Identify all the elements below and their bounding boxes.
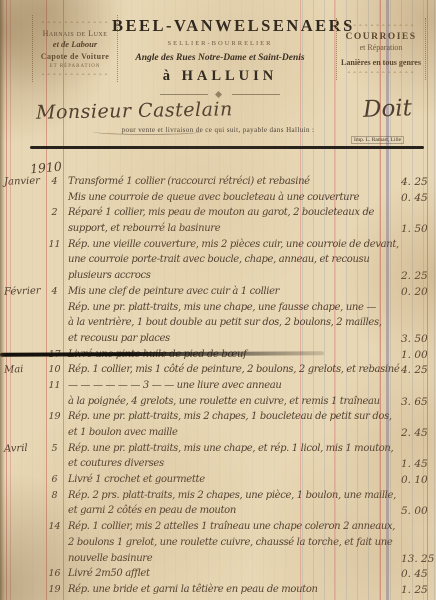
description-cell: et garni 2 côtés en peau de mouton [68,505,236,516]
month-cell: Mai [4,364,46,376]
price-cell: 2. 45 [401,427,428,439]
ledger-row: support, et rebourré la basinure1. 50 [0,223,436,239]
description-cell: Rép. 2 prs. platt-traits, mis 2 chapes, … [68,490,396,501]
price-cell: 5. 00 [401,505,428,517]
price-cell: 1. 00 [401,349,428,361]
price-cell: 1. 25 [401,584,428,596]
description-cell: Rép. une pr. platt-traits, mis une chape… [68,443,393,454]
price-cell: 1. 50 [401,223,428,235]
day-cell: 5 [46,443,63,454]
company-name: BEEL-VANWELSENAERS [112,16,328,36]
letterhead-center: BEEL-VANWELSENAERS SELLIER-BOURRELIER An… [112,16,328,97]
ledger-row: 2Réparé 1 collier, mis peau de mouton au… [0,207,436,223]
price-cell: 1. 45 [401,458,428,470]
description-cell: Livré 1 crochet et gourmette [68,474,205,485]
ledger-row: 19Rép. une bride et garni la têtière en … [0,584,436,600]
price-cell: 4. 25 [401,176,428,188]
price-cell: 0. 45 [401,192,428,204]
ledger-row: plusieurs accrocs2. 25 [0,270,436,286]
day-cell: 2 [46,207,63,218]
ledger-row: 19Rép. une pr. platt-traits, mis 2 chape… [0,411,436,427]
letterhead-left-box: Harnais de Luxe et de Labour Capote de V… [32,15,118,82]
description-cell: Réparé 1 collier, mis peau de mouton au … [68,207,374,218]
ledger-row: Janvier4Transformé 1 collier (raccourci … [0,176,436,192]
ledger-row: nouvelle basinure13. 25 [0,553,436,569]
price-cell: 0. 10 [401,474,428,486]
ledger-row: 16Livré 2m50 afflet0. 45 [0,568,436,584]
price-cell: 13. 25 [401,553,434,565]
header-flourish [160,92,280,97]
company-city: à HALLUIN [112,68,328,85]
ledger-row: Rép. une pr. platt-traits, mis une chape… [0,302,436,318]
price-cell: 4. 25 [401,364,428,376]
description-cell: Mis une clef de peinture avec cuir à 1 c… [68,286,279,297]
ledger-row: Mai10Rép. 1 collier, mis 1 côté de peint… [0,364,436,380]
company-trade: SELLIER-BOURRELIER [112,40,328,47]
description-cell: Mis une courroie de queue avec boucletea… [68,192,359,203]
description-cell: 2 boulons 1 grelot, une roulette cuivre,… [68,537,392,548]
day-cell: 8 [46,490,63,501]
price-cell: 3. 50 [401,333,428,345]
description-cell: nouvelle basinure [68,553,152,564]
month-cell: Avril [4,442,46,454]
ledger-row: 2 boulons 1 grelot, une roulette cuivre,… [0,537,436,553]
description-cell: Rép. une bride et garni la têtière en pe… [68,584,318,595]
ledger-rows: Janvier4Transformé 1 collier (raccourci … [0,176,436,600]
month-cell: Janvier [4,175,46,187]
ledger-row: Février4Mis une clef de peinture avec cu… [0,286,436,302]
day-cell: 16 [46,568,63,579]
ledger-row: Mis une courroie de queue avec boucletea… [0,192,436,208]
right-box-line2: et Réparation [340,43,422,52]
description-cell: — — — — — — 3 — — une liure avec anneau [68,380,281,391]
price-cell: 2. 25 [401,270,428,282]
day-cell: 6 [46,474,63,485]
description-cell: Rép. une pr. platt-traits, mis 2 chapes,… [68,411,392,422]
day-cell: 11 [46,380,63,391]
description-cell: Rép. 1 collier, mis 2 attelles 1 traînea… [68,521,395,532]
description-cell: et recousu par places [68,333,170,344]
left-box-line2: et de Labour [36,39,114,49]
ledger-row: à la ventrière, 1 bout double au petit s… [0,317,436,333]
day-cell: 19 [46,584,63,595]
doit-label: Doit [363,95,413,123]
ledger-row: et coutures diverses1. 45 [0,458,436,474]
payment-terms: pour vente et livraison de ce qui suit, … [0,126,436,134]
ledger-row: et garni 2 côtés en peau de mouton5. 00 [0,505,436,521]
ledger-row: Avril5Rép. une pr. platt-traits, mis une… [0,443,436,459]
price-cell: 0. 45 [401,568,428,580]
description-cell: Transformé 1 collier (raccourci rétréci)… [68,176,310,187]
description-cell: une courroie porte-trait avec boucle, ch… [68,254,369,265]
header-rule [30,146,424,149]
day-cell: 4 [46,286,63,297]
torn-left-edge [0,0,5,600]
company-address: Angle des Rues Notre-Dame et Saint-Denis [112,53,328,63]
right-box-line1: COURROIES [340,32,422,42]
description-cell: et 1 boulon avec maille [68,427,178,438]
description-cell: plusieurs accrocs [68,270,151,281]
description-cell: Rép. 1 collier, mis 1 côté de peinture, … [68,364,399,375]
ledger-row: une courroie porte-trait avec boucle, ch… [0,254,436,270]
ledger-row: 14Rép. 1 collier, mis 2 attelles 1 traîn… [0,521,436,537]
month-cell: Février [4,285,46,297]
ledger-row: 6Livré 1 crochet et gourmette0. 10 [0,474,436,490]
ledger-row: 11Rép. une vieille couverture, mis 2 piè… [0,239,436,255]
printer-imprint: Imp. L. Ramart, Lille [351,136,404,144]
left-box-line3: Capote de Voiture [36,52,114,61]
description-cell: à la poignée, 4 grelots, une roulette en… [68,396,380,407]
left-box-line4: ET RÉPARATION [36,64,114,69]
day-cell: 4 [46,176,63,187]
recipient-name: Monsieur Castelain [36,98,233,123]
day-cell: 19 [46,411,63,422]
ledger-row: et recousu par places3. 50 [0,333,436,349]
right-box-line3: Lanières en tous genres [340,58,422,67]
description-cell: et coutures diverses [68,458,164,469]
ledger-row: et 1 boulon avec maille2. 45 [0,427,436,443]
description-cell: à la ventrière, 1 bout double au petit s… [68,317,382,328]
price-cell: 0. 20 [401,286,428,298]
description-cell: Rép. une vieille couverture, mis 2 pièce… [68,239,399,250]
day-cell: 14 [46,521,63,532]
ledger-row: à la poignée, 4 grelots, une roulette en… [0,396,436,412]
description-cell: Livré 2m50 afflet [68,568,150,579]
year-label: 1910 [29,159,62,177]
day-cell: 11 [46,239,63,250]
description-cell: Rép. une pr. platt-traits, mis une chape… [68,302,376,313]
letterhead-right-box: COURROIES et Réparation Lanières en tous… [336,18,426,80]
day-cell: 10 [46,364,63,375]
price-cell: 3. 65 [401,396,428,408]
ledger-row: 11— — — — — — 3 — — une liure avec annea… [0,380,436,396]
description-cell: support, et rebourré la basinure [68,223,220,234]
ledger-row: 8Rép. 2 prs. platt-traits, mis 2 chapes,… [0,490,436,506]
left-box-line1: Harnais de Luxe [36,29,114,38]
